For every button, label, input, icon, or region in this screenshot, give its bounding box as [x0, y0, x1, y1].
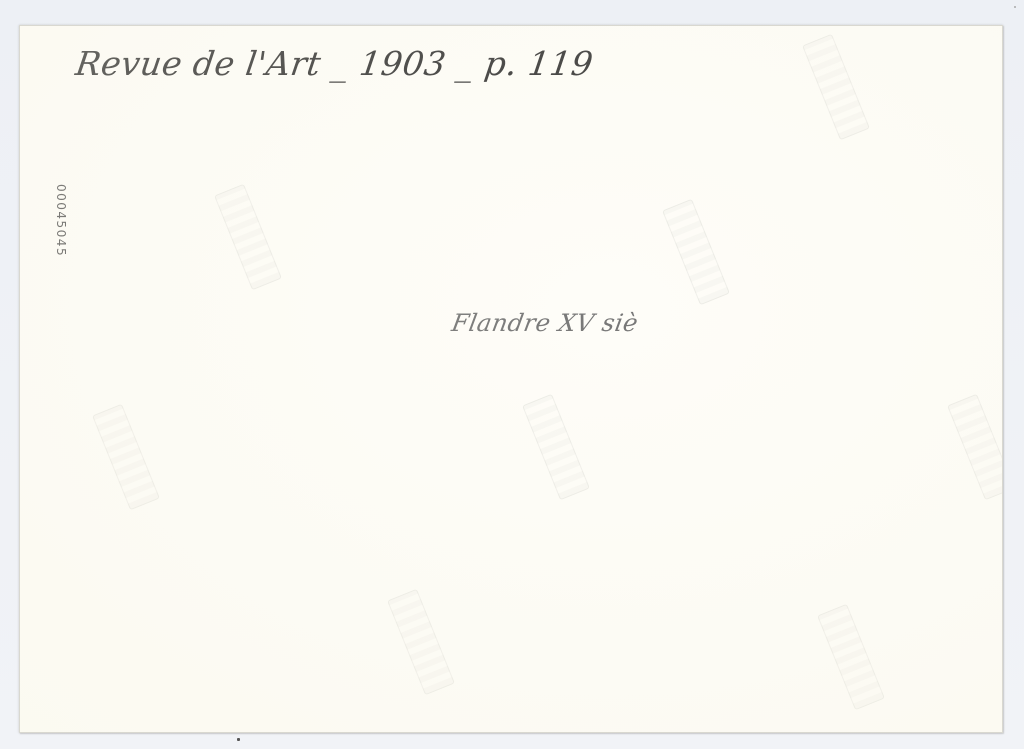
catalog-number: 00045045: [54, 184, 68, 257]
dust-speck: [1014, 6, 1016, 8]
scan-background: Revue de l'Art _ 1903 _ p. 119 00045045 …: [0, 0, 1024, 749]
faded-stamp: [947, 394, 1003, 501]
faded-stamp: [387, 589, 455, 696]
faded-stamp: [522, 394, 590, 501]
dust-speck: [237, 738, 240, 741]
subject-note: Flandre XV siè: [450, 309, 641, 337]
faded-stamp: [92, 404, 160, 511]
faded-stamp: [802, 34, 870, 141]
faded-stamp: [214, 184, 282, 291]
faded-stamp: [662, 199, 730, 306]
source-reference-note: Revue de l'Art _ 1903 _ p. 119: [73, 44, 595, 83]
faded-stamp: [817, 604, 885, 711]
photo-verso-paper: Revue de l'Art _ 1903 _ p. 119 00045045 …: [19, 25, 1003, 733]
